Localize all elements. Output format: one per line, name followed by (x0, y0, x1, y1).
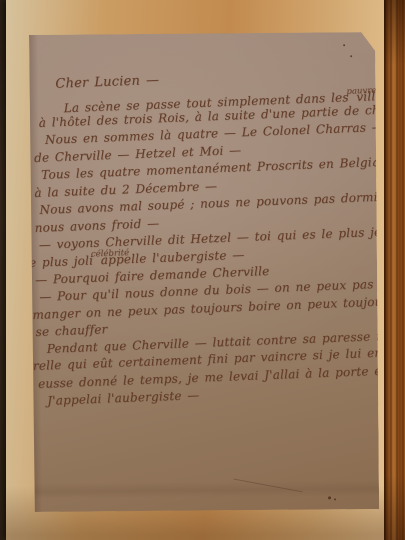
ink-speck (334, 498, 336, 500)
insertion-anchor: célébrité (93, 263, 95, 264)
line-text: le plus joli (25, 253, 94, 270)
photo-background: Cher Lucien — La scène se passe tout sim… (0, 0, 405, 540)
ink-speck (328, 496, 331, 499)
handwritten-line: nous avons froid — (34, 216, 159, 235)
ink-speck (350, 55, 352, 57)
wood-frame-edge (384, 0, 405, 540)
ink-speck (343, 44, 345, 46)
handwritten-line: J'appelai l'aubergiste — (47, 388, 200, 408)
handwritten-line: se chauffer (35, 322, 107, 339)
letter-sheet: Cher Lucien — La scène se passe tout sim… (29, 32, 379, 512)
insertion-anchor: pauvres (349, 100, 351, 101)
paper-fold-shade (33, 480, 379, 499)
salutation-line: Cher Lucien — (55, 74, 159, 92)
inserted-word: célébrité (91, 246, 130, 261)
